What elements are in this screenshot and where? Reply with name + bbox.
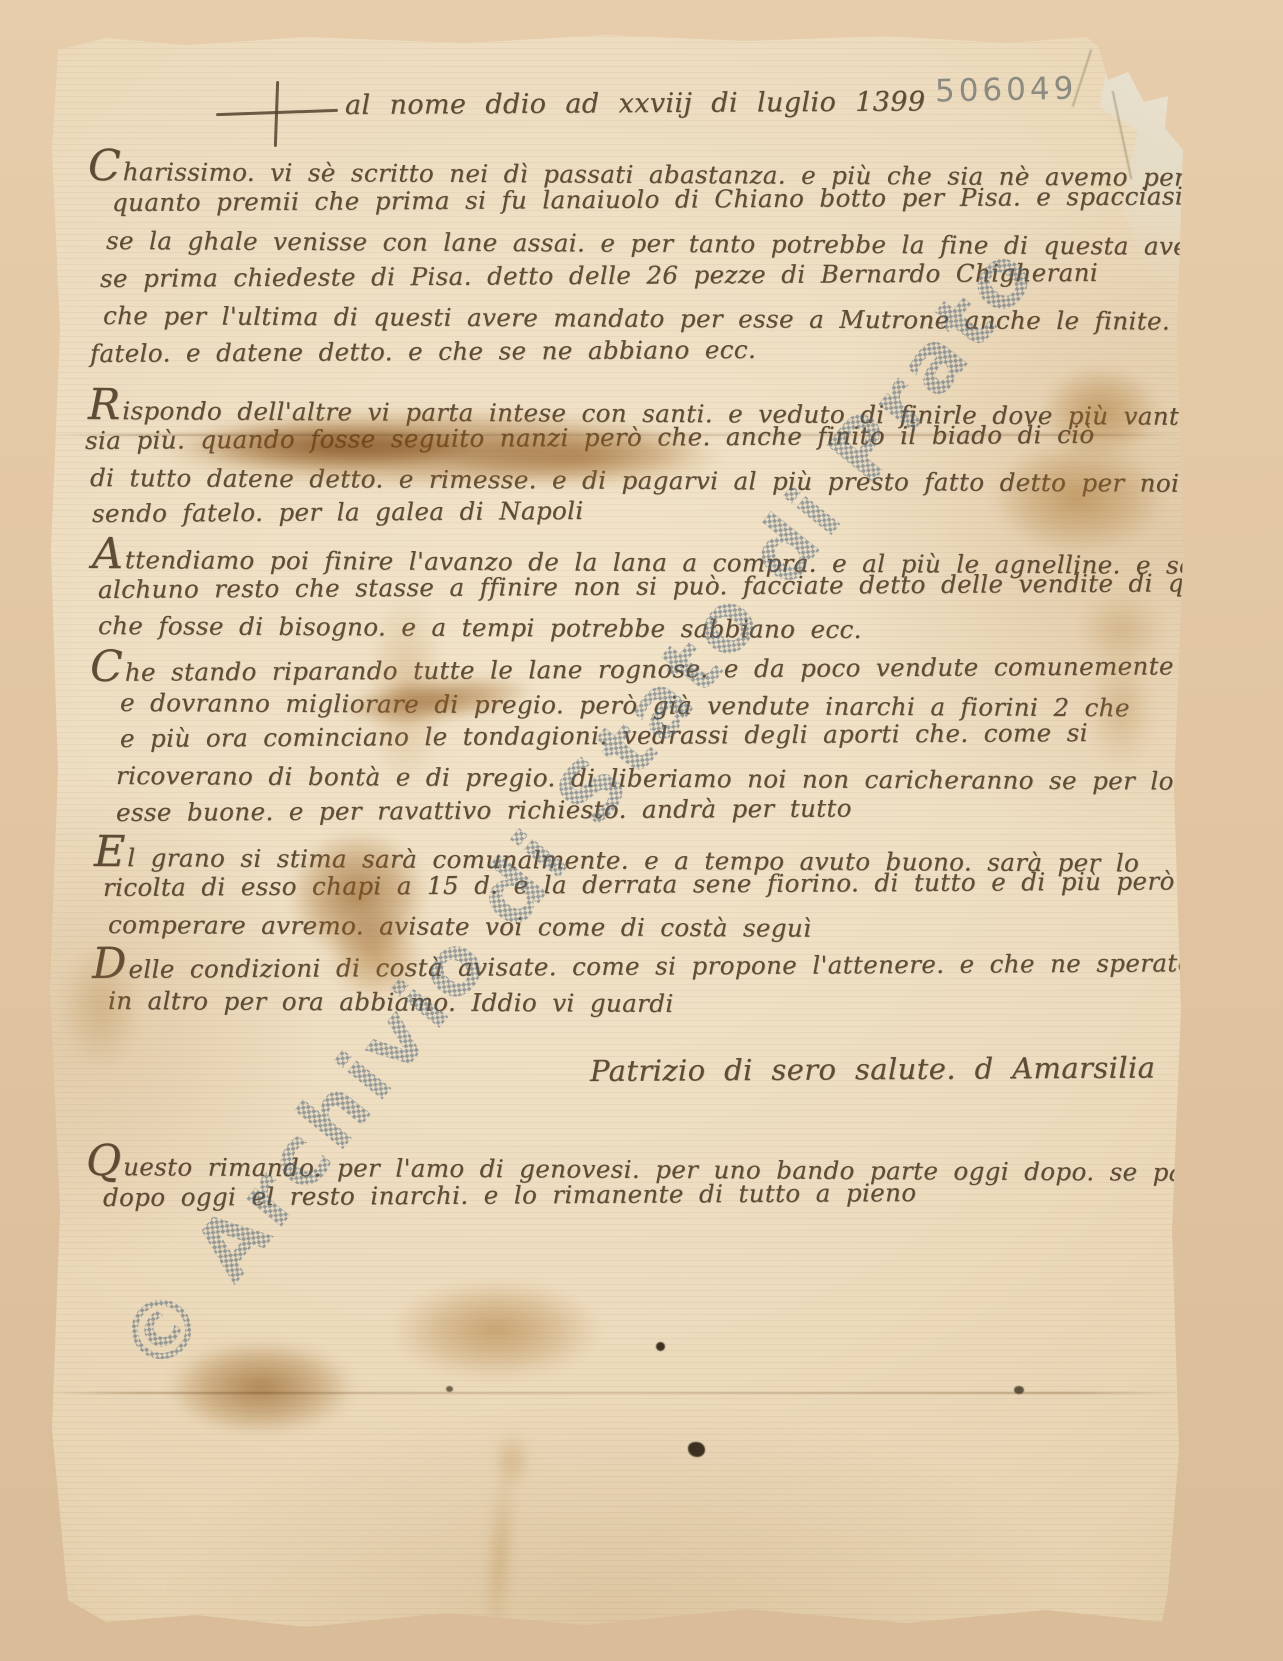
text-line: Che stando riparando tutte le lane rogno… xyxy=(90,644,1230,687)
text-line: in altro per ora abbiamo. Iddio vi guard… xyxy=(108,986,674,1018)
text-line: sendo fatelo. per la galea di Napoli xyxy=(92,496,584,528)
text-line: ricolta di esso chapi a 15 d. e la derra… xyxy=(103,866,1175,902)
text-line: che fosse di bisogno. e a tempi potrebbe… xyxy=(98,611,862,644)
text-line: che per l'ultima di questi avere mandato… xyxy=(103,301,1260,336)
text-line: e più ora cominciano le tondagioni. vedr… xyxy=(120,718,1088,753)
dateline: al nome ddio ad xxviij di luglio 1399 xyxy=(345,86,926,121)
document-scan: 506049 al nome ddio ad xxviij di luglio … xyxy=(0,0,1283,1661)
text-line: alchuno resto che stasse a ffinire non s… xyxy=(98,568,1209,604)
text-line: e dovranno migliorare di pregio. però gi… xyxy=(120,688,1130,722)
text-line: fatelo. e datene detto. e che se ne abbi… xyxy=(90,335,756,368)
text-line: quanto premii che prima si fu lanaiuolo … xyxy=(112,181,1262,217)
text-line: se prima chiedeste di Pisa. detto delle … xyxy=(100,258,1098,293)
handwriting-layer: al nome ddio ad xxviij di luglio 1399 Ch… xyxy=(46,30,1183,1630)
text-line: comperare avremo. avisate voi come di co… xyxy=(108,910,812,943)
postscript-line: dopo oggi el resto inarchi. e lo rimanen… xyxy=(103,1178,917,1212)
text-line: esse buone. e per ravattivo richiesto. a… xyxy=(116,794,852,827)
paper: 506049 al nome ddio ad xxviij di luglio … xyxy=(46,30,1183,1630)
text-line: di tutto datene detto. e rimesse. e di p… xyxy=(90,463,1179,498)
text-line: Delle condizioni di costà avisate. come … xyxy=(92,941,1193,984)
text-line: ricoverano di bontà e di pregio. di libe… xyxy=(116,761,1174,796)
text-line: se la ghale venisse con lane assai. e pe… xyxy=(106,226,1215,261)
text-line: sia più. quando fosse seguito nanzi però… xyxy=(85,420,1095,455)
signature-line: Patrizio di sero salute. d Amarsilia xyxy=(590,1051,1156,1088)
